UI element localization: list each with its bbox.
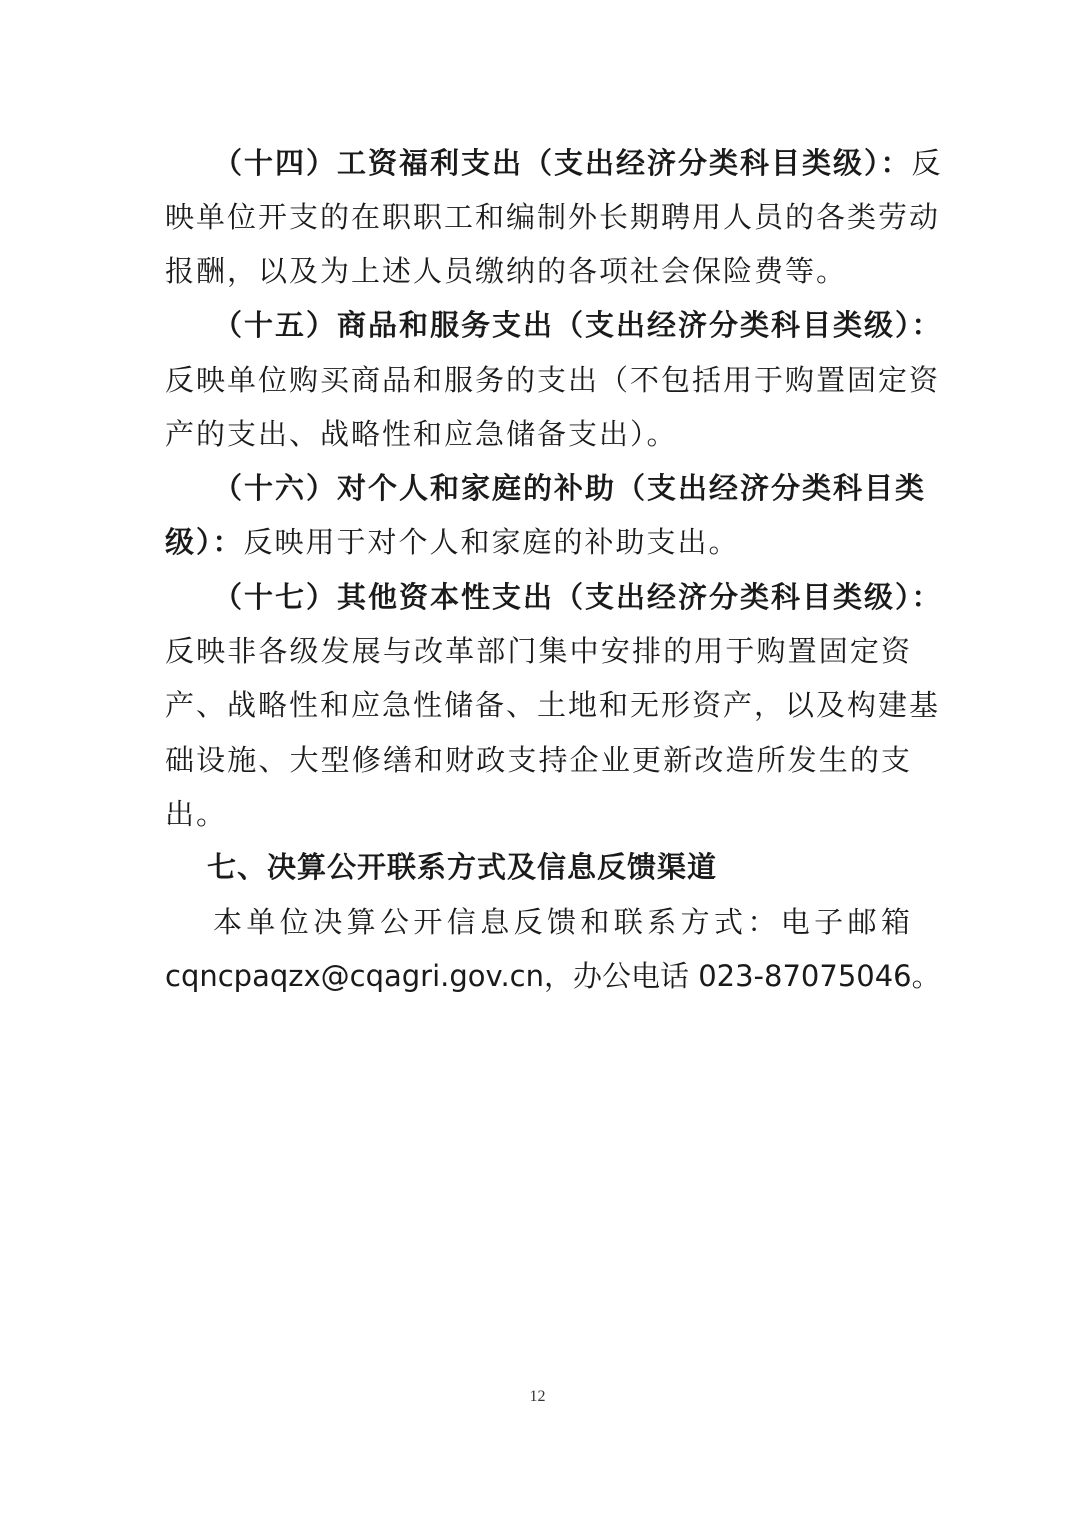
item-16-text: 反映用于对个人和家庭的补助支出。 — [244, 525, 740, 559]
item-16-line-2: 级）：反映用于对个人和家庭的补助支出。 — [165, 522, 912, 562]
document-page: （十四）工资福利支出（支出经济分类科目类级）：反 映单位开支的在职职工和编制外长… — [0, 0, 1075, 1520]
item-15-line-3: 产的支出、战略性和应急储备支出）。 — [165, 414, 912, 454]
section-7-heading: 七、决算公开联系方式及信息反馈渠道 — [207, 847, 717, 887]
section-7-line-1: 本单位决算公开信息反馈和联系方式：电子邮箱 — [213, 902, 912, 942]
item-17-title-text: （十七）其他资本性支出（支出经济分类科目类级）： — [213, 580, 943, 614]
item-17-line-3: 产、战略性和应急性储备、土地和无形资产，以及构建基 — [165, 685, 912, 725]
item-17-line-4: 础设施、大型修缮和财政支持企业更新改造所发生的支 — [165, 740, 912, 780]
contact-email: cqncpaqzx@cqagri.gov.cn — [165, 959, 544, 993]
item-14-title: （十四）工资福利支出（支出经济分类科目类级）： — [213, 146, 912, 180]
item-17-line-2: 反映非各级发展与改革部门集中安排的用于购置固定资 — [165, 631, 912, 671]
item-17-line-5: 出。 — [165, 794, 912, 834]
item-14-text: 反 — [912, 146, 943, 180]
item-15-line-2: 反映单位购买商品和服务的支出（不包括用于购置固定资 — [165, 360, 912, 400]
item-16-title-text: （十六）对个人和家庭的补助（支出经济分类科目类 — [213, 471, 926, 505]
item-14-line-3: 报酬，以及为上述人员缴纳的各项社会保险费等。 — [165, 251, 912, 291]
page-number: 12 — [0, 1388, 1075, 1406]
item-14-line-2: 映单位开支的在职职工和编制外长期聘用人员的各类劳动 — [165, 197, 912, 237]
section-7-line-2: cqncpaqzx@cqagri.gov.cn，办公电话 023-8707504… — [165, 956, 912, 996]
item-14-line-1: （十四）工资福利支出（支出经济分类科目类级）：反 — [213, 143, 912, 183]
item-17-title: （十七）其他资本性支出（支出经济分类科目类级）： — [213, 577, 912, 617]
item-16-title: （十六）对个人和家庭的补助（支出经济分类科目类 — [213, 468, 912, 508]
item-16-title-tail: 级）： — [165, 525, 244, 559]
item-15-title-text: （十五）商品和服务支出（支出经济分类科目类级）： — [213, 308, 943, 342]
contact-phone-text: ，办公电话 023-87075046。 — [544, 959, 941, 993]
item-15-title: （十五）商品和服务支出（支出经济分类科目类级）： — [213, 305, 912, 345]
